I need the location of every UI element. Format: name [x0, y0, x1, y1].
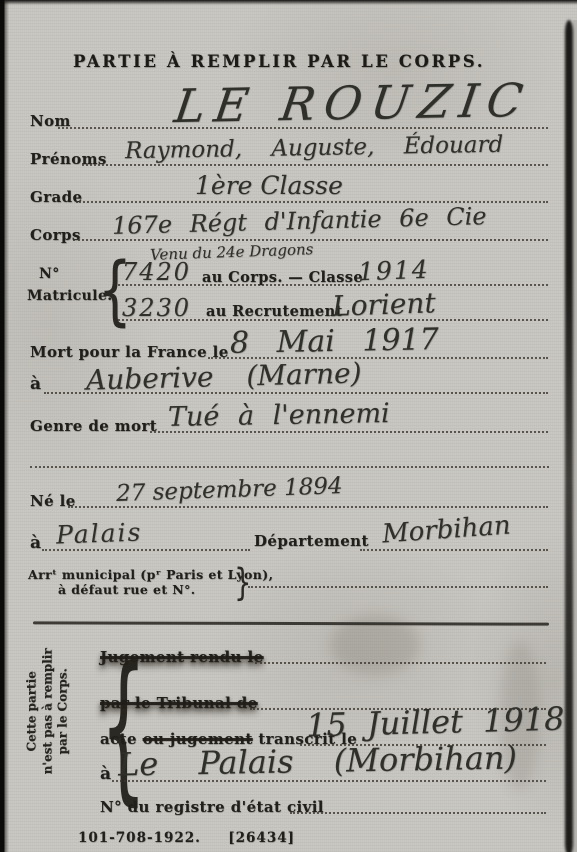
- field-departement-label: Département: [254, 532, 369, 550]
- field-mort-date-label: Mort pour la France le: [30, 343, 229, 361]
- section-separator-line: [33, 621, 549, 625]
- field-mort-lieu-label: à: [30, 374, 41, 394]
- field-naissance-date-value: 27 septembre 1894: [116, 473, 343, 507]
- field-transcription-lieu-value: Le Palais (Morbihan): [118, 739, 518, 784]
- field-genre-mort-value: Tué à l'ennemi: [168, 398, 390, 433]
- field-naissance-lieu-label: à: [30, 533, 41, 553]
- dotted-line: [290, 812, 546, 814]
- field-departement-value: Morbihan: [381, 511, 511, 550]
- dotted-line: [44, 392, 548, 394]
- dotted-line: [360, 549, 548, 551]
- dotted-line: [255, 662, 546, 664]
- field-corps-label: Corps: [30, 226, 81, 244]
- dotted-line: [118, 319, 548, 321]
- scan-binding-shadow: [565, 20, 573, 852]
- field-transcription-lieu-label: à: [100, 764, 111, 784]
- field-prenoms-value: Raymond, Auguste, Édouard: [125, 132, 504, 165]
- footer-imprint: 101-708-1922.: [78, 830, 201, 846]
- dotted-line: [150, 431, 548, 433]
- form-title: PARTIE À REMPLIR PAR LE CORPS.: [24, 52, 534, 71]
- matricule-classe: 1914: [358, 255, 431, 286]
- matricule-au-recrutement-label: au Recrutement: [206, 303, 343, 320]
- field-tribunal-label: par le Tribunal de: [100, 694, 258, 712]
- side-note-vertical: Cette partie n'est pas à remplir par le …: [25, 641, 72, 781]
- arrondissement-brace: }: [234, 561, 251, 605]
- dotted-line: [30, 466, 549, 468]
- field-arrondissement-label-2: à défaut rue et N°.: [58, 582, 196, 597]
- dotted-line: [112, 780, 546, 782]
- dotted-line: [68, 506, 548, 508]
- footer-imprint-line: 101-708-1922. [26434]: [78, 830, 295, 846]
- dotted-line: [118, 284, 548, 286]
- section-brace: {: [100, 642, 146, 812]
- military-death-record-card: PARTIE À REMPLIR PAR LE CORPS. LE ROUZIC…: [0, 0, 577, 852]
- field-transcription-date-value: 15 Juillet 1918: [306, 700, 565, 745]
- field-matricule-no-label: N°: [39, 266, 60, 282]
- field-grade-value: 1ère Classe: [195, 171, 343, 200]
- field-naissance-lieu-value: Palais: [56, 518, 143, 550]
- matricule-numero-corps: 7420: [122, 258, 191, 286]
- dotted-line: [42, 549, 250, 551]
- field-grade-label: Grade: [30, 188, 82, 206]
- field-mort-date-value: 8 Mai 1917: [230, 322, 439, 361]
- scan-edge-left: [0, 0, 9, 852]
- field-nom-value: LE ROUZIC: [171, 73, 535, 133]
- dotted-line: [58, 127, 548, 129]
- matricule-recrutement-value: Lorient: [331, 286, 436, 323]
- matricule-numero-recrutement: 3230: [122, 294, 191, 322]
- field-corps-value: 167e Régt d'Infantie 6e Cie: [112, 202, 487, 240]
- scan-edge-top: [0, 0, 577, 5]
- field-jugement-label: Jugement rendu le: [100, 648, 264, 666]
- field-genre-mort-label: Genre de mort: [30, 417, 157, 435]
- dotted-line: [82, 164, 548, 166]
- scan-edge-right-margin: [573, 20, 577, 852]
- dotted-line: [248, 586, 548, 588]
- footer-reference: [26434]: [228, 830, 295, 846]
- field-mort-lieu-value: Auberive (Marne): [86, 356, 362, 396]
